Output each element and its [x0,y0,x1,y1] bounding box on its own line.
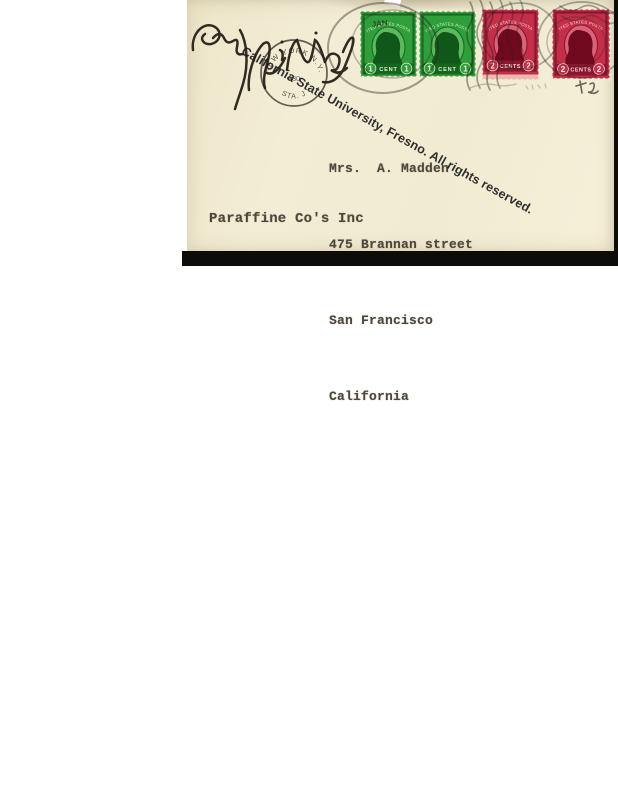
envelope-scan: UNITED STATES POSTAGE 1 1 CENT UNITED ST… [0,0,618,800]
scan-shadow-right [614,0,618,266]
cancellation-marks: JAN [320,0,618,105]
address-line: California [329,384,473,409]
cancel-date-text: JAN [371,18,388,29]
sender-line: Paraffine Co's Inc [209,211,364,227]
address-line: San Francisco [329,308,473,333]
scan-shadow-bottom [182,251,618,266]
faint-pencil-marks [470,84,546,89]
pencil-mark-dark [576,81,598,93]
